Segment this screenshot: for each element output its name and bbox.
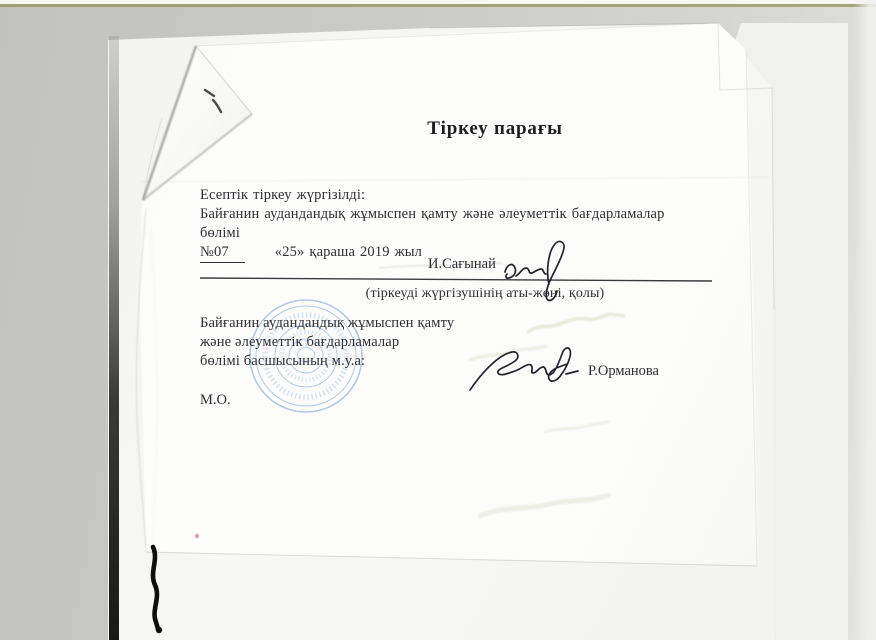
signature-caption: (тіркеуді жүргізушінің аты-жөні, қолы)	[360, 284, 610, 303]
scan-top-edge-line	[0, 4, 876, 7]
scanned-registration-sheet: Тіркеу парағы Есептік тіркеу жүргізілді:…	[0, 0, 876, 640]
registration-org-line1: Байғанин аудандандық жұмыспен қамту және…	[200, 205, 700, 224]
registration-number: №07	[200, 243, 245, 263]
approval-org-line2: және әлеуметтік бағдарламалар	[200, 333, 460, 352]
page-stack-dark-edge	[109, 36, 119, 640]
registration-intro: Есептік тіркеу жүргізілді:	[200, 186, 700, 205]
seal-mark: М.О.	[200, 392, 231, 409]
approval-block: Байғанин аудандандық жұмыспен қамту және…	[200, 314, 460, 371]
registration-org-line2: бөлімі	[200, 224, 700, 243]
approval-org-line3: бөлімі басшысының м.у.а:	[200, 352, 460, 371]
registration-block: Есептік тіркеу жүргізілді: Байғанин ауда…	[200, 186, 700, 263]
scan-right-light-band	[854, 0, 876, 640]
page-title: Тіркеу парағы	[370, 118, 620, 140]
registrar-name: И.Сағынай	[428, 256, 496, 273]
head-name: Р.Орманова	[588, 363, 659, 380]
approval-org-line1: Байғанин аудандандық жұмыспен қамту	[200, 314, 460, 333]
registration-date: «25» қараша 2019 жыл	[275, 243, 422, 262]
